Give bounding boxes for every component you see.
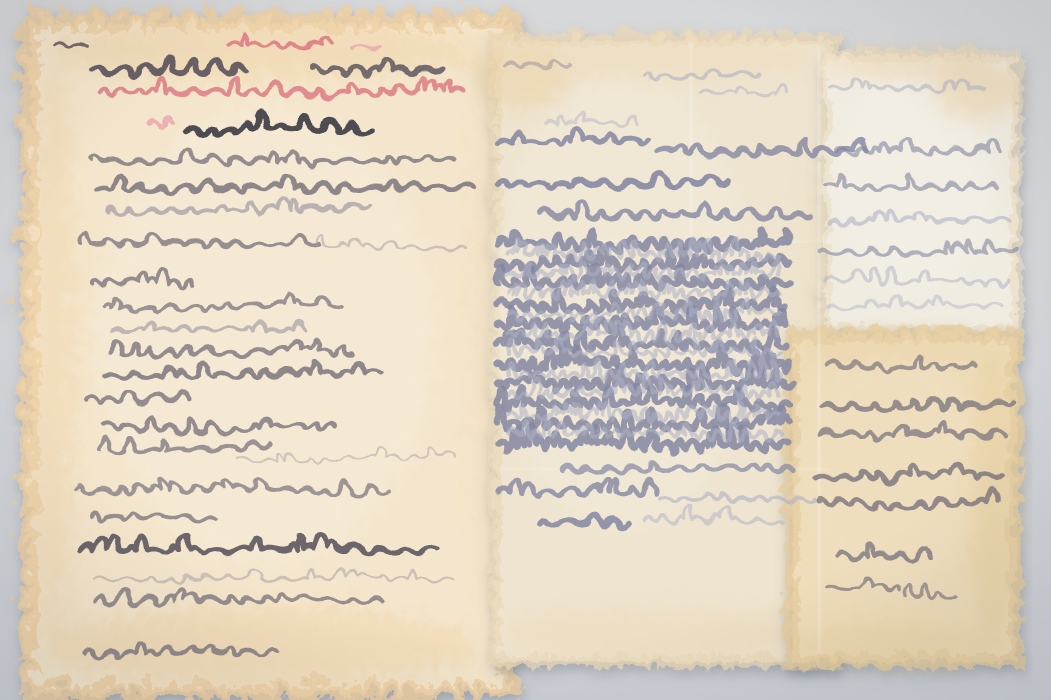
documents-photo (0, 0, 1051, 700)
documents-photo-canvas (0, 0, 1051, 700)
photo-vignette (0, 0, 1051, 700)
